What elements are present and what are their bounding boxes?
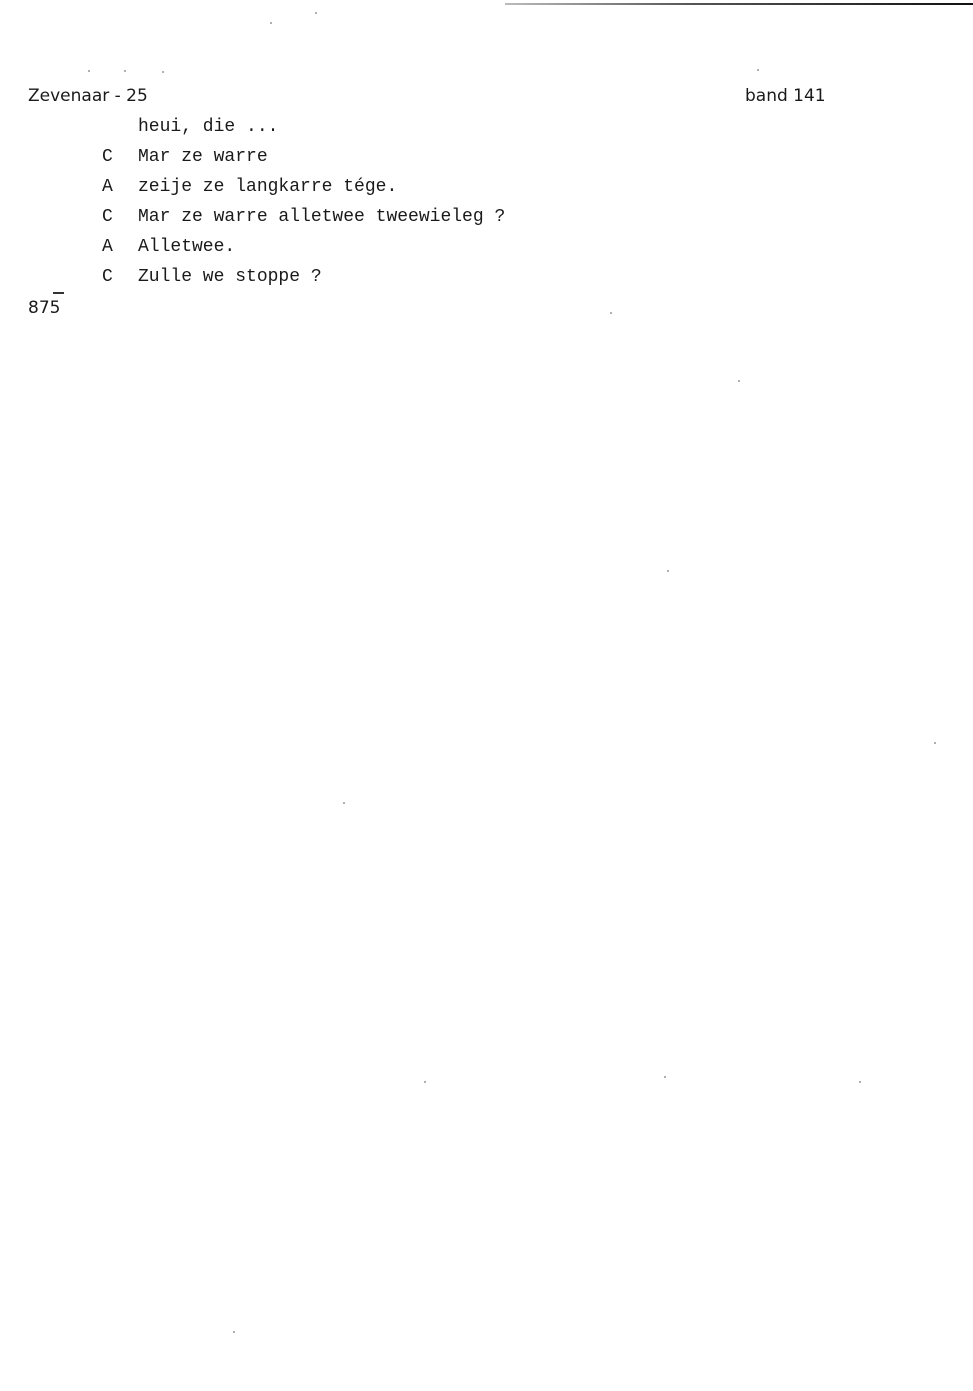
speaker-label: C (102, 267, 113, 287)
speaker-label: A (102, 237, 113, 257)
scan-speck (757, 69, 759, 71)
continuation-line: heui, die ... (138, 117, 278, 137)
scan-speck (88, 70, 90, 72)
speaker-label: C (102, 207, 113, 227)
page-title: Zevenaar - 25 (28, 86, 148, 106)
utterance-text: Mar ze warre (138, 147, 268, 167)
scan-speck (859, 1081, 861, 1083)
scan-speck (270, 22, 272, 24)
margin-dash (53, 292, 64, 294)
speaker-label: A (102, 177, 113, 197)
scan-speck (738, 380, 740, 382)
scan-speck (343, 802, 345, 804)
scan-speck (934, 742, 936, 744)
utterance-text: Zulle we stoppe ? (138, 267, 322, 287)
utterance-text: zeije ze langkarre tége. (138, 177, 397, 197)
scan-speck (667, 570, 669, 572)
utterance-text: Alletwee. (138, 237, 235, 257)
band-label: band 141 (745, 86, 826, 106)
utterance-text: Mar ze warre alletwee tweewieleg ? (138, 207, 505, 227)
scan-speck (124, 70, 126, 72)
scan-speck (610, 312, 612, 314)
scan-speck (315, 12, 317, 14)
speaker-label: C (102, 147, 113, 167)
scan-speck (664, 1076, 666, 1078)
scan-speck (233, 1331, 235, 1333)
scan-edge-line (505, 3, 973, 5)
scan-speck (162, 71, 164, 73)
scan-speck (424, 1081, 426, 1083)
line-number: 875 (28, 298, 60, 318)
